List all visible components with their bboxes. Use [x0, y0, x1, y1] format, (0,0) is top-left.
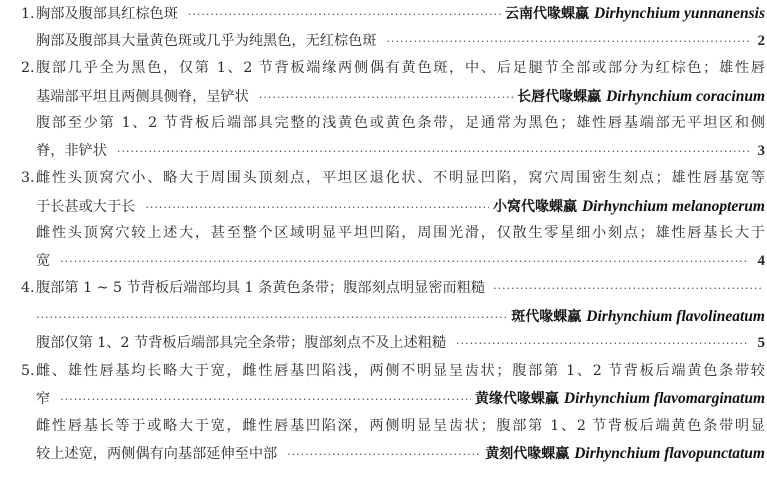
species-latin-name: Dirhynchium flavolineatum — [586, 308, 765, 325]
dot-leader — [117, 138, 749, 166]
species-latin-name: Dirhynchium yunnanensis — [594, 5, 765, 22]
lead-text: 雌性唇基长等于或略大于宽，雌性唇基凹陷深，两侧明显呈齿状；腹部第 1、2 节背板… — [36, 413, 765, 441]
couplet-3-lead-b-cont: 宽 4 — [21, 248, 765, 276]
lead-text: 胸部及腹部具大量黄色斑或几乎为纯黑色，无红棕色斑 — [36, 28, 377, 56]
dot-leader — [145, 194, 489, 221]
couplet-number: 1. — [21, 1, 36, 28]
goto-couplet: 5 — [753, 330, 765, 358]
couplet-4-lead-a: 4. 腹部第 1 ~ 5 节背板后端部均具 1 条黄色条带；腹部刻点明显密而粗糙 — [21, 275, 765, 303]
species-chinese-name: 黄缘代喙蜾蠃 — [475, 391, 559, 407]
lead-text: 腹部仅第 1、2 节背板后端部具完全条带；腹部刻点不及上述粗糙 — [36, 330, 446, 358]
goto-couplet: 2 — [753, 28, 765, 56]
lead-text: 腹部几乎全为黑色，仅第 1、2 节背板端缘两侧偶有黄色斑，中、后足腿节全部或部分… — [36, 55, 765, 83]
identification-key: 1. 胸部及腹部具红棕色斑 云南代喙蜾蠃Dirhynchium yunnanen… — [0, 0, 767, 468]
lead-text: 较上述宽，两侧偶有向基部延伸至中部 — [36, 441, 277, 468]
species-result: 云南代喙蜾蠃Dirhynchium yunnanensis — [505, 0, 765, 28]
lead-text: 基端部平坦且两侧具侧脊，呈铲状 — [36, 84, 249, 111]
species-latin-name: Dirhynchium flavopunctatum — [574, 445, 765, 462]
lead-text: 腹部至少第 1、2 节背板后端部具完整的浅黄色或黄色条带，足通常为黑色；雄性唇基… — [36, 110, 765, 138]
couplet-5-lead-b: 雌性唇基长等于或略大于宽，雌性唇基凹陷深，两侧明显呈齿状；腹部第 1、2 节背板… — [21, 413, 765, 441]
dot-leader — [493, 275, 763, 303]
couplet-2-lead-a-cont: 基端部平坦且两侧具侧脊，呈铲状 长唇代喙蜾蠃Dirhynchium coraci… — [21, 83, 765, 111]
couplet-5-lead-a: 5. 雌、雄性唇基均长略大于宽，雌性唇基凹陷浅，两侧不明显呈齿状；腹部第 1、2… — [21, 358, 765, 386]
couplet-number: 2. — [21, 55, 36, 83]
couplet-number: 5. — [21, 358, 36, 386]
lead-text: 窄 — [36, 386, 50, 413]
species-chinese-name: 小窝代喙蜾蠃 — [493, 199, 577, 215]
species-chinese-name: 长唇代喙蜾蠃 — [517, 89, 601, 105]
couplet-2-lead-b: 腹部至少第 1、2 节背板后端部具完整的浅黄色或黄色条带，足通常为黑色；雄性唇基… — [21, 110, 765, 138]
dot-leader — [60, 248, 749, 276]
species-latin-name: Dirhynchium coracinum — [606, 88, 765, 105]
lead-text: 雌性头顶窝穴小、略大于周围头顶刻点，平坦区退化状、不明显凹陷，窝穴周围密生刻点；… — [36, 165, 765, 193]
couplet-3-lead-a-cont: 于长甚或大于长 小窝代喙蜾蠃Dirhynchium melanopterum — [21, 193, 765, 221]
lead-text: 于长甚或大于长 — [36, 194, 135, 221]
couplet-5-lead-b-cont: 较上述宽，两侧偶有向基部延伸至中部 黄刻代喙蜾蠃Dirhynchium flav… — [21, 440, 765, 468]
couplet-4-lead-b: 腹部仅第 1、2 节背板后端部具完全条带；腹部刻点不及上述粗糙 5 — [21, 330, 765, 358]
couplet-2-lead-b-cont: 脊，非铲状 3 — [21, 138, 765, 166]
species-result: 斑代喙蜾蠃Dirhynchium flavolineatum — [511, 303, 765, 331]
couplet-5-lead-a-cont: 窄 黄缘代喙蜾蠃Dirhynchium flavomarginatum — [21, 385, 765, 413]
lead-text: 雌性头顶窝穴较上述大，甚至整个区域明显平坦凹陷，周围光滑，仅散生零星细小刻点；雄… — [36, 220, 765, 248]
species-result: 黄缘代喙蜾蠃Dirhynchium flavomarginatum — [475, 385, 765, 413]
species-result: 黄刻代喙蜾蠃Dirhynchium flavopunctatum — [485, 440, 765, 468]
couplet-2-lead-a: 2. 腹部几乎全为黑色，仅第 1、2 节背板端缘两侧偶有黄色斑，中、后足腿节全部… — [21, 55, 765, 83]
species-result: 长唇代喙蜾蠃Dirhynchium coracinum — [517, 83, 765, 111]
species-result: 小窝代喙蜾蠃Dirhynchium melanopterum — [493, 193, 765, 221]
species-chinese-name: 斑代喙蜾蠃 — [511, 309, 581, 325]
dot-leader — [387, 28, 749, 56]
goto-couplet: 3 — [753, 138, 765, 166]
dot-leader — [188, 1, 501, 28]
dot-leader — [259, 84, 513, 111]
goto-couplet: 4 — [753, 248, 765, 276]
dot-leader — [456, 330, 749, 358]
couplet-3-lead-b: 雌性头顶窝穴较上述大，甚至整个区域明显平坦凹陷，周围光滑，仅散生零星细小刻点；雄… — [21, 220, 765, 248]
couplet-number: 4. — [21, 275, 36, 303]
lead-text: 脊，非铲状 — [36, 138, 107, 166]
lead-text: 雌、雄性唇基均长略大于宽，雌性唇基凹陷浅，两侧不明显呈齿状；腹部第 1、2 节背… — [36, 358, 765, 386]
dot-leader — [287, 441, 481, 468]
couplet-number: 3. — [21, 165, 36, 193]
species-chinese-name: 云南代喙蜾蠃 — [505, 6, 589, 22]
lead-text: 宽 — [36, 248, 50, 276]
lead-text: 胸部及腹部具红棕色斑 — [36, 1, 178, 28]
species-latin-name: Dirhynchium melanopterum — [582, 198, 765, 215]
couplet-1-lead-a: 1. 胸部及腹部具红棕色斑 云南代喙蜾蠃Dirhynchium yunnanen… — [21, 0, 765, 28]
dot-leader — [36, 304, 507, 331]
dot-leader — [60, 386, 471, 413]
couplet-3-lead-a: 3. 雌性头顶窝穴小、略大于周围头顶刻点，平坦区退化状、不明显凹陷，窝穴周围密生… — [21, 165, 765, 193]
couplet-4-lead-a-cont: 斑代喙蜾蠃Dirhynchium flavolineatum — [21, 303, 765, 331]
species-chinese-name: 黄刻代喙蜾蠃 — [485, 446, 569, 462]
lead-text: 腹部第 1 ~ 5 节背板后端部均具 1 条黄色条带；腹部刻点明显密而粗糙 — [36, 275, 485, 303]
couplet-1-lead-b: 胸部及腹部具大量黄色斑或几乎为纯黑色，无红棕色斑 2 — [21, 28, 765, 56]
species-latin-name: Dirhynchium flavomarginatum — [564, 390, 765, 407]
